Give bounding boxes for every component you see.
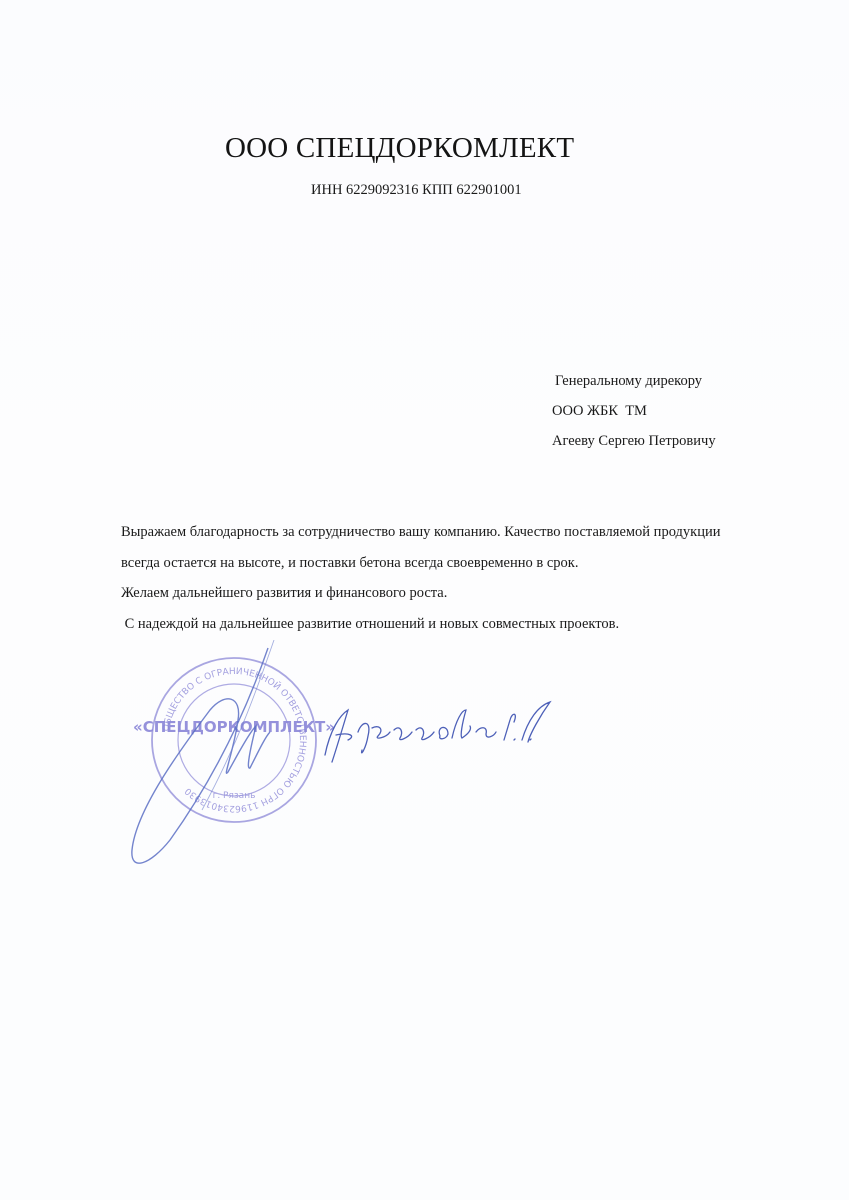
addressee-position: Генеральному дирекору bbox=[552, 366, 716, 396]
handwritten-signature bbox=[325, 702, 550, 762]
letter-page: ООО СПЕЦДОРКОМЛЕКТ ИНН 6229092316 КПП 62… bbox=[0, 0, 849, 1200]
organization-name: ООО СПЕЦДОРКОМЛЕКТ bbox=[225, 132, 574, 165]
organization-tax-ids: ИНН 6229092316 КПП 622901001 bbox=[311, 182, 522, 199]
body-line: С надеждой на дальнейшее развитие отноше… bbox=[121, 609, 720, 640]
body-line: всегда остается на высоте, и поставки бе… bbox=[121, 548, 720, 579]
stamp-icon: ОБЩЕСТВО С ОГРАНИЧЕННОЙ ОТВЕТСТВЕННОСТЬЮ… bbox=[110, 640, 590, 880]
body-line: Выражаем благодарность за сотрудничество… bbox=[121, 517, 720, 548]
addressee-name: Агееву Сергею Петровичу bbox=[552, 426, 716, 456]
body-line: Желаем дальнейшего развития и финансовог… bbox=[121, 578, 720, 609]
addressee-block: Генеральному дирекору ООО ЖБК ТМ Агееву … bbox=[552, 366, 716, 456]
signature-and-stamp: ОБЩЕСТВО С ОГРАНИЧЕННОЙ ОТВЕТСТВЕННОСТЬЮ… bbox=[110, 640, 590, 880]
addressee-company: ООО ЖБК ТМ bbox=[552, 396, 716, 426]
stamp-center-text: «СПЕЦДОРКОМПЛЕКТ» bbox=[133, 718, 335, 736]
letter-body: Выражаем благодарность за сотрудничество… bbox=[121, 517, 720, 639]
stamp-city: г. Рязань bbox=[213, 791, 256, 801]
